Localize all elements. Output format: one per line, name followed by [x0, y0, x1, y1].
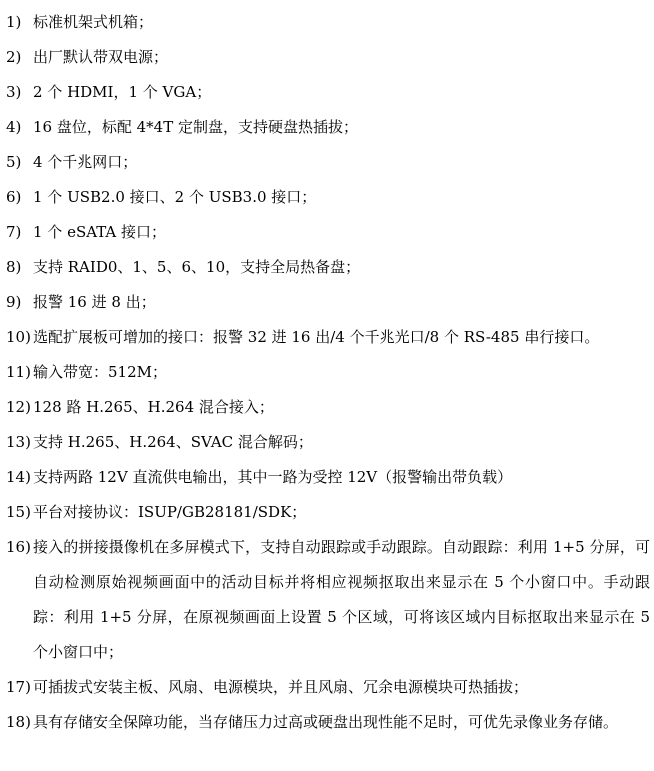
document-page: 1) 标准机架式机箱； 2) 出厂默认带双电源； 3) 2 个 HDMI，1 个…	[0, 0, 654, 771]
list-item: 10) 选配扩展板可增加的接口：报警 32 进 16 出/4 个千兆光口/8 个…	[4, 320, 650, 355]
list-item-number: 17)	[4, 670, 33, 705]
list-item-text: 支持 RAID0、1、5、6、10，支持全局热备盘；	[33, 250, 650, 285]
list-item-text: 选配扩展板可增加的接口：报警 32 进 16 出/4 个千兆光口/8 个 RS-…	[33, 320, 650, 355]
list-item-text: 1 个 eSATA 接口；	[33, 215, 650, 250]
list-item: 17) 可插拔式安装主板、风扇、电源模块，并且风扇、冗余电源模块可热插拔；	[4, 670, 650, 705]
list-item-text: 出厂默认带双电源；	[33, 40, 650, 75]
list-item: 7) 1 个 eSATA 接口；	[4, 215, 650, 250]
list-item: 5) 4 个千兆网口；	[4, 145, 650, 180]
list-item: 3) 2 个 HDMI，1 个 VGA；	[4, 75, 650, 110]
list-item: 8) 支持 RAID0、1、5、6、10，支持全局热备盘；	[4, 250, 650, 285]
list-item-text: 1 个 USB2.0 接口、2 个 USB3.0 接口；	[33, 180, 650, 215]
list-item-text: 接入的拼接摄像机在多屏模式下，支持自动跟踪或手动跟踪。自动跟踪：利用 1+5 分…	[33, 530, 650, 670]
list-item-text: 128 路 H.265、H.264 混合接入；	[33, 390, 650, 425]
list-item-number: 8)	[4, 250, 33, 285]
list-item: 2) 出厂默认带双电源；	[4, 40, 650, 75]
list-item-number: 6)	[4, 180, 33, 215]
list-item-number: 18)	[4, 705, 33, 740]
list-item-text: 具有存储安全保障功能，当存储压力过高或硬盘出现性能不足时，可优先录像业务存储。	[33, 705, 650, 740]
list-item-text: 平台对接协议：ISUP/GB28181/SDK；	[33, 495, 650, 530]
list-item-text: 4 个千兆网口；	[33, 145, 650, 180]
list-item-number: 14)	[4, 460, 33, 495]
list-item: 16) 接入的拼接摄像机在多屏模式下，支持自动跟踪或手动跟踪。自动跟踪：利用 1…	[4, 530, 650, 670]
list-item-text: 支持两路 12V 直流供电输出，其中一路为受控 12V（报警输出带负载）	[33, 460, 650, 495]
list-item-text: 支持 H.265、H.264、SVAC 混合解码；	[33, 425, 650, 460]
list-item-number: 12)	[4, 390, 33, 425]
list-item-number: 1)	[4, 5, 33, 40]
list-item: 14) 支持两路 12V 直流供电输出，其中一路为受控 12V（报警输出带负载）	[4, 460, 650, 495]
list-item: 11) 输入带宽：512M；	[4, 355, 650, 390]
list-item-number: 15)	[4, 495, 33, 530]
list-item-number: 16)	[4, 530, 33, 565]
list-item: 4) 16 盘位，标配 4*4T 定制盘，支持硬盘热插拔；	[4, 110, 650, 145]
list-item-number: 13)	[4, 425, 33, 460]
list-item-number: 3)	[4, 75, 33, 110]
list-item-text: 16 盘位，标配 4*4T 定制盘，支持硬盘热插拔；	[33, 110, 650, 145]
list-item: 13) 支持 H.265、H.264、SVAC 混合解码；	[4, 425, 650, 460]
list-item-number: 5)	[4, 145, 33, 180]
list-item-text: 报警 16 进 8 出；	[33, 285, 650, 320]
list-item-number: 2)	[4, 40, 33, 75]
list-item-text: 2 个 HDMI，1 个 VGA；	[33, 75, 650, 110]
list-item-text: 输入带宽：512M；	[33, 355, 650, 390]
list-item: 18) 具有存储安全保障功能，当存储压力过高或硬盘出现性能不足时，可优先录像业务…	[4, 705, 650, 740]
list-item-number: 4)	[4, 110, 33, 145]
list-item-text: 标准机架式机箱；	[33, 5, 650, 40]
list-item-number: 11)	[4, 355, 33, 390]
list-item: 6) 1 个 USB2.0 接口、2 个 USB3.0 接口；	[4, 180, 650, 215]
list-item: 9) 报警 16 进 8 出；	[4, 285, 650, 320]
list-item-number: 9)	[4, 285, 33, 320]
list-item-number: 7)	[4, 215, 33, 250]
list-item: 12) 128 路 H.265、H.264 混合接入；	[4, 390, 650, 425]
list-item: 15) 平台对接协议：ISUP/GB28181/SDK；	[4, 495, 650, 530]
numbered-list: 1) 标准机架式机箱； 2) 出厂默认带双电源； 3) 2 个 HDMI，1 个…	[4, 5, 650, 740]
list-item-text: 可插拔式安装主板、风扇、电源模块，并且风扇、冗余电源模块可热插拔；	[33, 670, 650, 705]
list-item-number: 10)	[4, 320, 33, 355]
list-item: 1) 标准机架式机箱；	[4, 5, 650, 40]
